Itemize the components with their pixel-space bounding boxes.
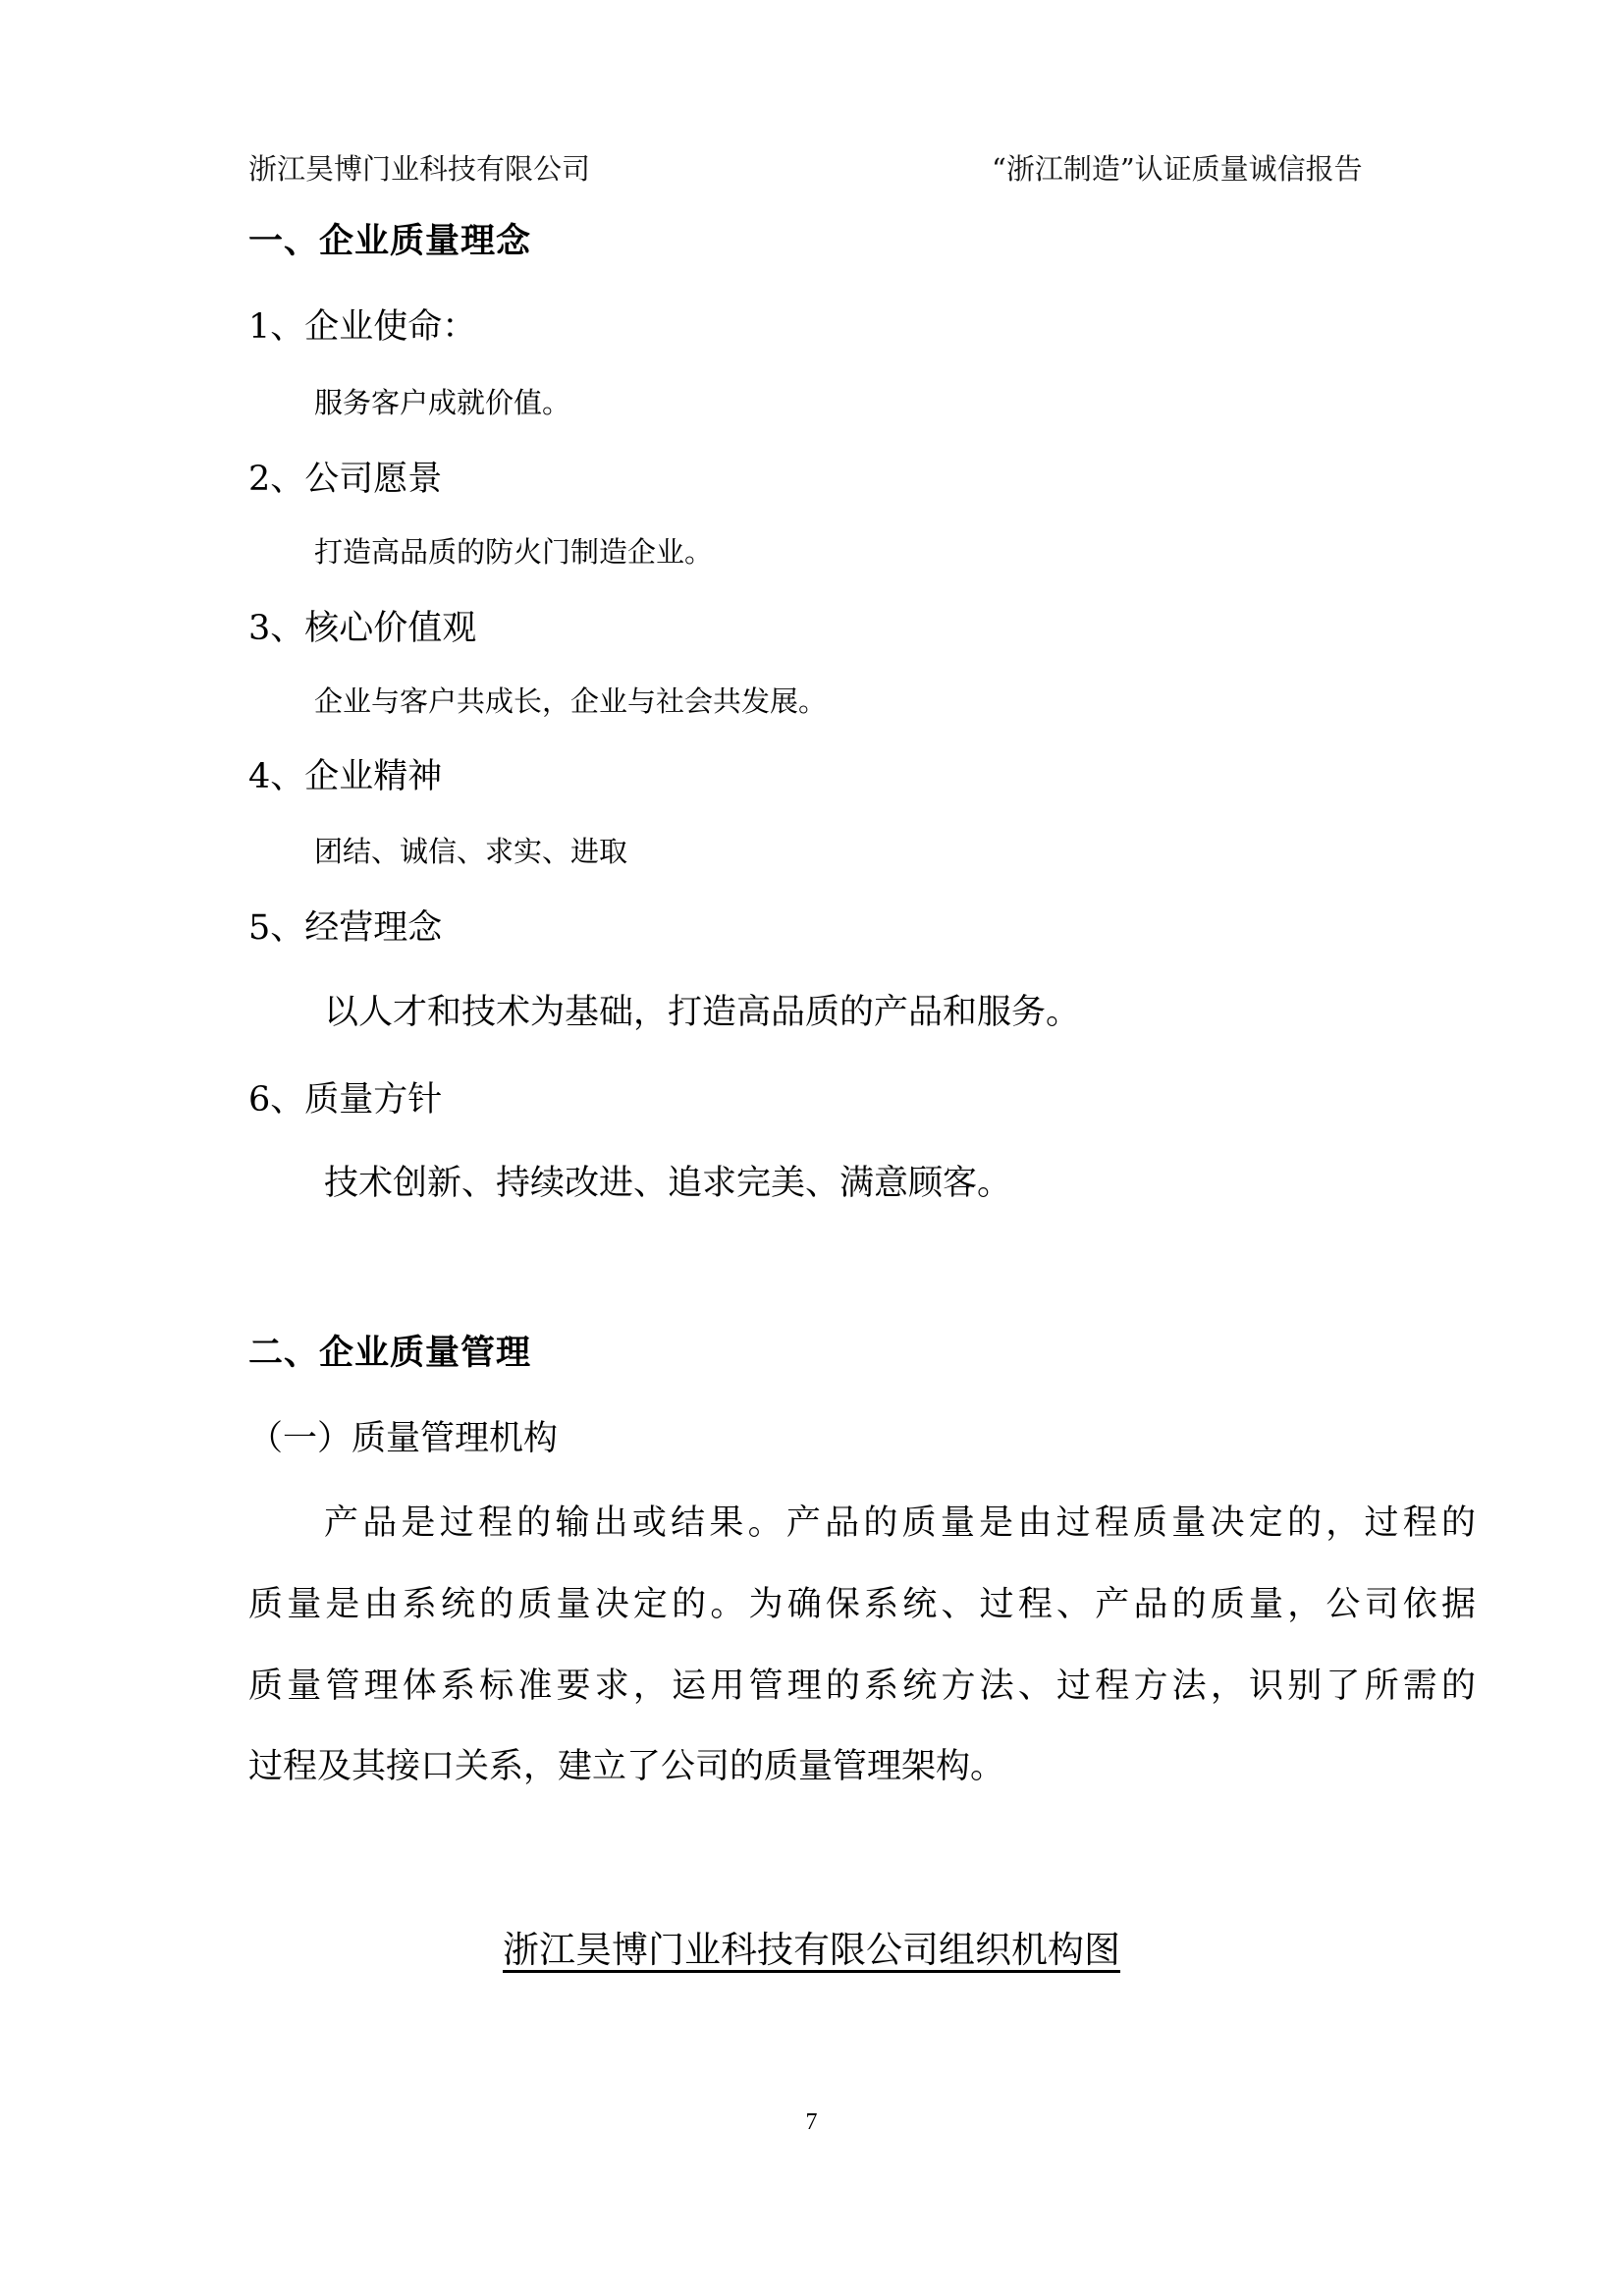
item-title-mission: 1、企业使命：	[248, 300, 476, 349]
page-number: 7	[0, 2109, 1623, 2136]
paragraph-line: 质量管理体系标准要求，运用管理的系统方法、过程方法，识别了所需的	[248, 1659, 1476, 1708]
section-title-quality-philosophy: 一、企业质量理念	[248, 214, 531, 263]
subsection-title-quality-org: （一）质量管理机构	[248, 1411, 558, 1460]
header-report-title: “浙江制造”认证质量诚信报告	[992, 147, 1363, 188]
item-title-quality-policy: 6、质量方针	[248, 1072, 442, 1121]
org-chart-title-text: 浙江昊博门业科技有限公司组织机构图	[503, 1929, 1120, 1971]
paragraph-line: 过程及其接口关系，建立了公司的质量管理架构。	[248, 1739, 1476, 1788]
section-title-quality-management: 二、企业质量管理	[248, 1326, 531, 1375]
paragraph-line: 产品是过程的输出或结果。产品的质量是由过程质量决定的，过程的	[324, 1496, 1476, 1545]
item-body-spirit: 团结、诚信、求实、进取	[314, 830, 627, 870]
item-title-core-values: 3、核心价值观	[248, 601, 476, 650]
item-title-spirit: 4、企业精神	[248, 749, 442, 798]
header-company-name: 浙江昊博门业科技有限公司	[248, 147, 590, 188]
item-title-vision: 2、公司愿景	[248, 452, 442, 501]
item-body-core-values: 企业与客户共成长，企业与社会共发展。	[314, 680, 827, 720]
item-body-business-philosophy: 以人才和技术为基础，打造高品质的产品和服务。	[324, 985, 1080, 1034]
paragraph-line: 质量是由系统的质量决定的。为确保系统、过程、产品的质量，公司依据	[248, 1577, 1476, 1626]
org-chart-title: 浙江昊博门业科技有限公司组织机构图	[0, 1920, 1623, 1973]
item-body-quality-policy: 技术创新、持续改进、追求完美、满意顾客。	[324, 1156, 1011, 1205]
item-title-business-philosophy: 5、经营理念	[248, 901, 442, 950]
item-body-mission: 服务客户成就价值。	[314, 381, 570, 421]
item-body-vision: 打造高品质的防火门制造企业。	[314, 530, 713, 571]
